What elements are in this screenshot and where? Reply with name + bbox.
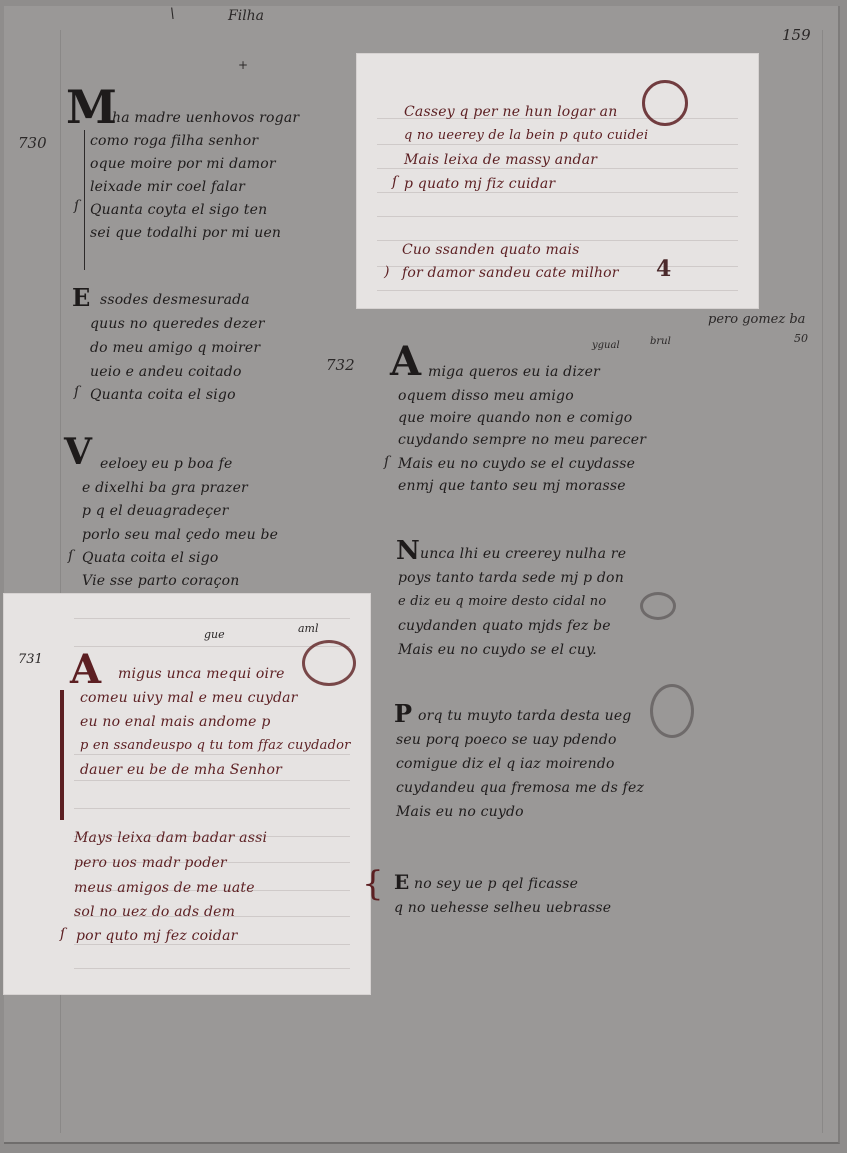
verse-line: p en ssandeuspo q tu tom ffaz cuydador [80,738,351,753]
poem-number: 730 [18,134,47,152]
verse-line: no sey ue p qel ficasse [414,876,578,892]
verse-line: Cuo ssanden quato mais [402,242,580,258]
ruling-line [822,30,823,1133]
verse-line: cuydando sempre no meu parecer [398,432,646,448]
refrain-mark: ſ [74,384,79,400]
refrain-line: Vie sse parto coraçon [82,573,239,589]
verse-line: comeu uivy mal e meu cuydar [80,690,298,706]
verse-line: como roga filha senhor [90,133,258,149]
verse-line: p q el deuagradeçer [82,503,229,519]
refrain-mark: ſ [68,548,73,564]
verse-line: porlo seu mal çedo meu be [82,527,278,543]
verse-line: poys tanto tarda sede mj p don [398,570,624,586]
folio-number: 159 [782,26,811,44]
ink-mark: \ [170,6,175,22]
verse-line: ha madre uenhovos rogar [112,110,299,126]
verse-line: Cassey q per ne hun logar an [404,104,617,120]
verse-line: unca lhi eu creerey nulha re [420,546,626,562]
verse-line: ssodes desmesurada [100,292,250,308]
initial-letter: A [390,342,421,382]
bracket-mark: { [362,864,384,904]
initial-flourish [60,690,64,820]
verse-line: pero uos madr poder [74,855,227,871]
initial-letter: V [64,434,92,470]
initial-letter: E [394,872,409,892]
verse-line: Mays leixa dam badar assi [74,830,267,846]
margin-note-sub: 50 [794,332,808,345]
refrain-line: Mais eu no cuydo se el cuy. [398,642,597,658]
verse-line: oquem disso meu amigo [398,388,574,404]
poem-number: 732 [326,356,355,374]
initial-letter: M [66,84,117,130]
small-note: gue [204,628,225,641]
refrain-line: p quato mj fiz cuidar [404,176,555,192]
verse-line: sol no uez do ads dem [74,904,235,920]
decorated-initial-s [642,80,688,126]
decorated-initial-o [302,640,356,686]
refrain-line: enmj que tanto seu mj morasse [398,478,626,494]
verse-line: comigue diz el q iaz moirendo [396,756,615,772]
verse-line: for damor sandeu cate milhor [402,265,619,281]
verse-line: e diz eu q moire desto cidal no [398,594,606,609]
refrain-line: por quto mj fez coidar [76,928,238,944]
refrain-line: Quata coita el sigo [82,550,219,566]
initial-letter: A [70,650,101,690]
verse-line: e dixelhi ba gra prazer [82,480,248,496]
verse-line: orq tu muyto tarda desta ueg [418,708,631,724]
verse-line: eeloey eu p boa fe [100,456,233,472]
verse-line: que moire quando non e comigo [398,410,632,426]
refrain-mark: ſ [392,174,397,190]
verse-line: migus unca mequi oire [118,666,285,682]
verse-line: seu porq poeco se uay pdendo [396,732,617,748]
refrain-mark: ſ [74,198,79,214]
verse-line: meus amigos de me uate [74,880,255,896]
refrain-line: Quanta coita el sigo [90,387,236,403]
bracket-mark: ) [384,264,389,280]
verse-line: Mais leixa de massy andar [404,152,597,168]
refrain-mark: ſ [60,926,65,942]
initial-stem [84,130,85,270]
verse-line: miga queros eu ia dizer [428,364,600,380]
offset-initial-stain [640,592,676,620]
offset-initial-stain [650,684,694,738]
verse-line: ueio e andeu coitado [90,364,242,380]
ink-blot: 4 [656,256,671,282]
small-note: brul [650,336,671,347]
verse-line: do meu amigo q moirer [90,340,260,356]
verse-line: dauer eu be de mha Senhor [80,762,282,778]
refrain-line: Mais eu no cuydo [396,804,524,820]
small-note: aml [298,622,319,635]
initial-letter: N [396,538,420,564]
verse-line: q no ueerey de la bein p quto cuidei [404,128,648,143]
refrain-line: Quanta coyta el sigo ten [90,202,267,218]
verse-line: cuydanden quato mjds fez be [398,618,611,634]
verse-line: oque moire por mi damor [90,156,276,172]
top-note: Filha [228,8,264,24]
verse-line: leixade mir coel falar [90,179,245,195]
verse-line: quus no queredes dezer [90,316,265,332]
verse-line: cuydandeu qua fremosa me ds fez [396,780,644,796]
refrain-line: sei que todalhi por mi uen [90,225,281,241]
refrain-line: Mais eu no cuydo se el cuydasse [398,456,635,472]
initial-letter: E [72,286,90,310]
verse-line: eu no enal mais andome p [80,714,271,730]
verse-line: q no uehesse selheu uebrasse [394,900,611,916]
ink-mark: + [238,58,248,72]
refrain-mark: ſ [384,454,389,470]
poem-number: 731 [18,652,43,667]
small-note: ygual [592,340,620,351]
initial-letter: P [394,702,412,726]
margin-note: pero gomez ba [708,312,805,327]
